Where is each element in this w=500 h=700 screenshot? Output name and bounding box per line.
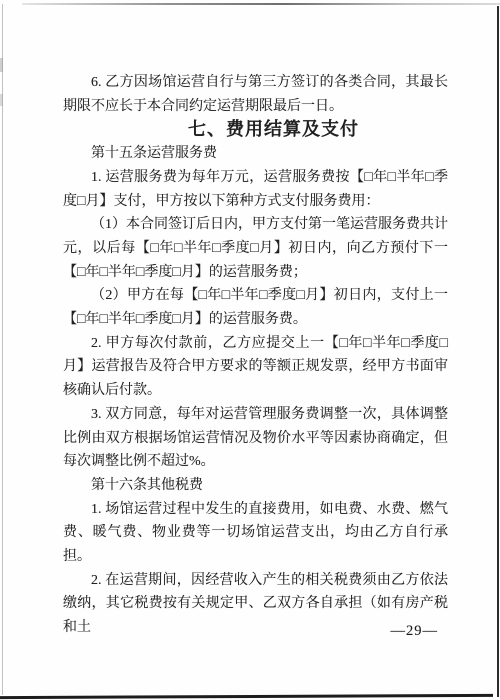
section-7-heading: 七、费用结算及支付 <box>63 118 448 142</box>
scan-smudge <box>0 94 3 106</box>
page-number: —29— <box>391 623 439 640</box>
clause-6-paragraph: 6. 乙方因场馆运营自行与第三方签订的各类合同，其最长期限不应长于本合同约定运营… <box>63 71 448 118</box>
scanned-contract-page: 6. 乙方因场馆运营自行与第三方签订的各类合同，其最长期限不应长于本合同约定运营… <box>0 0 500 700</box>
article-15-clause-3: 3. 双方同意，每年对运营管理服务费调整一次，具体调整比例由双方根据场馆运营情况… <box>63 403 448 474</box>
scan-smudge <box>0 58 3 72</box>
article-15-title: 第十五条运营服务费 <box>63 142 448 166</box>
article-16-title: 第十六条其他税费 <box>63 474 448 498</box>
article-15-clause-1-item-2: （2）甲方在每【□年□半年□季度□月】初日内，支付上一【□年□半年□季度□月】的… <box>63 284 448 331</box>
article-15-clause-1-item-1: （1）本合同签订后日内，甲方支付第一笔运营服务费共计元，以后每【□年□半年□季度… <box>63 213 448 284</box>
scan-edge-top <box>22 3 500 5</box>
scan-edge-bottom <box>0 694 493 699</box>
scan-edge-right <box>497 6 499 697</box>
article-16-clause-1: 1. 场馆运营过程中发生的直接费用，如电费、水费、燃气费、暖气费、物业费等一切场… <box>63 498 448 569</box>
scan-edge-left <box>2 4 3 695</box>
article-15-clause-2: 2. 甲方每次付款前，乙方应提交上一【□年□半年□季度□月】运营报告及符合甲方要… <box>63 332 448 403</box>
contract-body: 6. 乙方因场馆运营自行与第三方签订的各类合同，其最长期限不应长于本合同约定运营… <box>63 71 448 640</box>
article-15-clause-1: 1. 运营服务费为每年万元，运营服务费按【□年□半年□季度□月】支付，甲方按以下… <box>63 166 448 213</box>
